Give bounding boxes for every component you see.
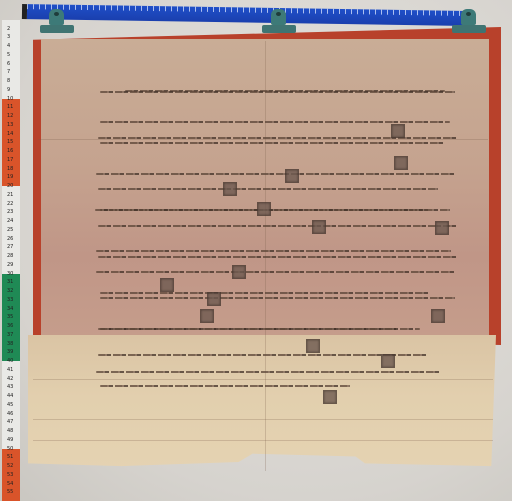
script-line (100, 297, 455, 299)
tape-number: 31 (7, 279, 13, 285)
script-line (98, 188, 438, 190)
script-line (96, 371, 441, 373)
clip-jaw (40, 25, 74, 33)
tape-number: 10 (7, 96, 13, 102)
square-seal-stamp (431, 309, 445, 323)
tape-number: 35 (7, 314, 13, 320)
manuscript (28, 27, 506, 475)
left-measuring-tape: 2345678910111213141516171819202122232425… (2, 20, 20, 501)
square-seal-stamp (160, 278, 174, 292)
square-seal-stamp (200, 309, 214, 323)
square-seal-stamp (323, 390, 337, 404)
tape-number: 39 (7, 349, 13, 355)
square-seal-stamp (435, 221, 449, 235)
tape-number: 19 (7, 174, 13, 180)
clip-jaw (452, 25, 486, 33)
tape-number: 22 (7, 201, 13, 207)
tape-number: 23 (7, 209, 13, 215)
tape-number: 4 (7, 43, 10, 49)
tape-number: 25 (7, 227, 13, 233)
binder-clip (40, 9, 74, 37)
binder-clip (452, 9, 486, 37)
tape-number: 42 (7, 376, 13, 382)
square-seal-stamp (223, 182, 237, 196)
square-seal-stamp (257, 202, 271, 216)
tape-number: 51 (7, 454, 13, 460)
tape-number: 12 (7, 113, 13, 119)
tape-number: 53 (7, 472, 13, 478)
clip-hole (54, 12, 59, 16)
tape-number: 41 (7, 367, 13, 373)
tape-color-segment (2, 20, 20, 99)
tape-number: 26 (7, 236, 13, 242)
square-seal-stamp (285, 169, 299, 183)
script-line (96, 250, 451, 252)
tape-number: 55 (7, 489, 13, 495)
tape-number: 27 (7, 244, 13, 250)
tape-number: 32 (7, 288, 13, 294)
tape-number: 37 (7, 332, 13, 338)
square-seal-stamp (391, 124, 405, 138)
horizontal-fold-crease (33, 379, 493, 380)
tape-number: 9 (7, 87, 10, 93)
binder-clip (262, 9, 296, 37)
script-line (98, 225, 458, 227)
tape-number: 48 (7, 428, 13, 434)
tape-number: 3 (7, 34, 10, 40)
tape-number: 44 (7, 393, 13, 399)
square-seal-stamp (381, 354, 395, 368)
clip-hole (276, 12, 281, 16)
tape-number: 24 (7, 218, 13, 224)
tape-number: 21 (7, 192, 13, 198)
tape-number: 45 (7, 402, 13, 408)
script-line (96, 173, 456, 175)
tape-number: 18 (7, 166, 13, 172)
script-line (100, 121, 450, 123)
tape-number: 50 (7, 446, 13, 452)
clip-jaw (262, 25, 296, 33)
script-line (96, 271, 456, 273)
script-line (98, 256, 458, 258)
script-line (98, 354, 428, 356)
horizontal-fold-crease (38, 139, 488, 140)
square-seal-stamp (207, 292, 221, 306)
horizontal-fold-crease (33, 440, 493, 441)
tape-number: 52 (7, 463, 13, 469)
tape-number: 34 (7, 306, 13, 312)
tape-number: 20 (7, 183, 13, 189)
script-line (100, 385, 350, 387)
script-line (100, 91, 455, 93)
tape-number: 7 (7, 69, 10, 75)
tape-number: 8 (7, 78, 10, 84)
tape-number: 15 (7, 139, 13, 145)
tape-number: 47 (7, 419, 13, 425)
square-seal-stamp (306, 339, 320, 353)
script-line (95, 209, 450, 211)
tape-number: 36 (7, 323, 13, 329)
tape-number: 54 (7, 481, 13, 487)
tape-number: 17 (7, 157, 13, 163)
tape-number: 16 (7, 148, 13, 154)
tape-number: 28 (7, 253, 13, 259)
tape-number: 13 (7, 122, 13, 128)
tape-number: 29 (7, 262, 13, 268)
square-seal-stamp (232, 265, 246, 279)
tape-number: 40 (7, 358, 13, 364)
tape-number: 46 (7, 411, 13, 417)
tape-number: 43 (7, 384, 13, 390)
tape-number: 38 (7, 341, 13, 347)
script-line (100, 328, 420, 330)
tape-number: 33 (7, 297, 13, 303)
tape-number: 49 (7, 437, 13, 443)
tape-number: 14 (7, 131, 13, 137)
horizontal-fold-crease (33, 419, 493, 420)
tape-number: 2 (7, 26, 10, 32)
tape-number: 11 (7, 104, 13, 110)
clip-hole (466, 12, 471, 16)
tape-number: 5 (7, 52, 10, 58)
tape-number: 30 (7, 271, 13, 277)
square-seal-stamp (312, 220, 326, 234)
tape-number: 6 (7, 61, 10, 67)
square-seal-stamp (394, 156, 408, 170)
script-line (100, 292, 430, 294)
script-line (100, 142, 445, 144)
paper-lower-section (28, 335, 496, 473)
